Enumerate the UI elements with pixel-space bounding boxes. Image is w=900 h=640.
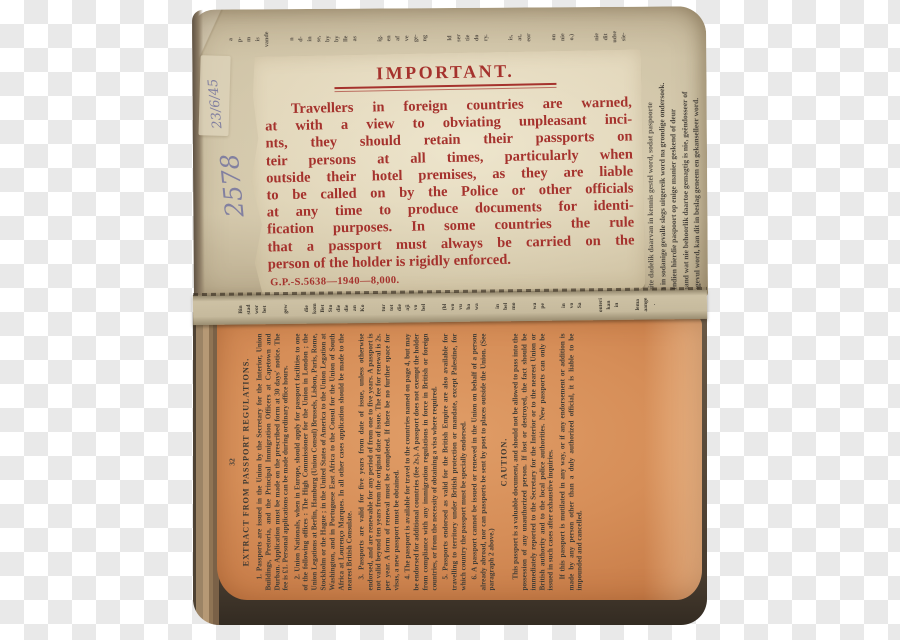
fragment-word: aange [642,293,650,317]
fragment-word: die [396,296,404,320]
fragment-word: is, [506,22,515,54]
fragment-word: tie [463,22,472,54]
fragment-word: by [332,23,341,55]
fragment-cluster: ap-misvande [226,23,271,57]
fragment-word: aji [404,295,412,319]
fragment-word: ig. [375,22,384,54]
fragment-cluster: turtotdieajivobel [380,295,428,322]
printer-imprint: G.P.-S.5638—1940—8,000. [270,270,645,288]
fragment-word: ve [402,22,411,54]
passport-open-page-top: ap-misvandend-inse,bybylleasig.enafvege-… [192,6,708,302]
afrikaans-margin-text: riteite dadelik daarvan in kennis gestel… [644,14,704,299]
fragment-word: sie- [619,21,628,53]
fragment-word: kan [605,293,613,317]
fragment-cluster: is,at,eor [506,21,533,55]
fragment-cluster: invoSa [560,293,584,319]
fragment-word: on [549,21,558,53]
fragment-word: by [323,23,332,55]
regulation-paragraph: 4. The passport is available for travel … [404,334,439,591]
fragment-cluster: (blwovubawa [441,295,481,321]
regulation-paragraph: 2. Union Nationals, when in Europe, shou… [293,334,355,591]
fragment-word: wor [253,297,261,321]
fragment-word: vu [457,295,465,319]
fragment-word: in [494,294,502,318]
fragment-word: Sa [576,293,584,317]
strip-text-fragments: BinstadworbetgewdiekomBetStodiedieanKotu… [237,292,658,323]
binding-edge [192,10,205,302]
caution-paragraph: This passport is a valuable document, an… [512,334,556,591]
fragment-word: nie [592,21,601,53]
fragment-cluster: onnieo.) [549,21,576,55]
fragment-cluster: ldsertiedory. [445,22,490,56]
fragment-word: p- [235,23,244,55]
fragment-word: nie [558,21,567,53]
fragment-word: gew [282,297,290,321]
fragment-word: wo [449,295,457,319]
fragment-cluster: wape [531,294,547,320]
page-edge-strip: BinstadworbetgewdiekomBetStodiedieanKotu… [193,289,707,325]
fragment-word: ser [454,22,463,54]
caution-heading: CAUTION. [500,334,509,591]
fragment-word: o.) [567,21,576,53]
afrikaans-line: riteite dadelik daarvan in kennis gestel… [644,14,657,299]
fragment-word: se, [314,23,323,55]
fragment-word: d- [296,23,305,55]
passport-photo: ap-misvandend-inse,bybylleasig.enafvege-… [193,8,707,625]
page-number: 32 [228,334,237,591]
notice-body: Travellers in foreign countries are warn… [250,94,645,274]
fragment-word: in [305,23,314,55]
fragment-word: dit [601,21,610,53]
fragment-word: lle [341,23,350,55]
fragment-word: ry. [481,22,490,54]
fragment-word: mo [510,294,518,318]
handwritten-number-text: 2578 [215,152,250,218]
fragment-word: Bin [237,298,245,322]
fragment-word: Bet [319,297,327,321]
fragment-cluster: nd-inse,bybylleas [287,23,359,58]
fragment-word: bet [261,297,269,321]
regulations-paragraphs: 1. Passports are issued in the Union by … [256,334,497,591]
fragment-word: n [287,23,296,55]
transparent-canvas: ap-misvandend-inse,bybylleasig.enafvege-… [0,0,900,640]
fragment-word: af [393,22,402,54]
fragment-word: bel [420,295,428,319]
fragment-cluster: Binstadworbet [237,297,269,323]
fragment-word: bel [502,294,510,318]
handwritten-date-text: 23/6/45 [206,78,226,129]
fragment-cluster: ig.enafvege-ng [375,22,429,56]
fragment-word: is [253,23,262,55]
fragment-word: wa [531,294,539,318]
afrikaans-line: aangevul word, kan dit in beslag geneem … [690,14,703,299]
fragment-word: a [226,23,235,55]
important-notice-slip: IMPORTANT. Travellers in foreign countri… [249,49,646,296]
caution-paragraph: If this passport is mutilated in any way… [558,334,584,591]
fragment-word: wa [473,295,481,319]
rotated-page-content: 32 EXTRACT FROM PASSPORT REGULATIONS. 1.… [228,334,648,591]
fragment-word: do [472,22,481,54]
fragment-cluster: lemaaange. [634,292,658,318]
fragment-word: ge- [411,22,420,54]
fragment-word: vo [412,295,420,319]
caution-paragraphs: This passport is a valuable document, an… [512,334,585,591]
fragment-word: eor [524,21,533,53]
fragment-word: ba [465,295,473,319]
fragment-word: vande [262,23,271,55]
fragment-word: Ko [359,296,367,320]
fragment-word: ld [445,22,454,54]
fragment-word: kom [311,297,319,321]
regulation-paragraph: 5. Passports endorsed as valid for the B… [441,334,467,591]
fragment-word: udse [610,21,619,53]
regulations-page: 32 EXTRACT FROM PASSPORT REGULATIONS. 1.… [217,315,702,600]
notice-heading: IMPORTANT. [249,58,641,87]
fragment-word: . [650,292,658,316]
fragment-word: at, [515,21,524,53]
regulations-title: EXTRACT FROM PASSPORT REGULATIONS. [242,334,251,591]
regulation-paragraph: 3. Passports are valid for five years fr… [357,334,401,591]
fragment-word: in [613,293,621,317]
fragment-word: pe [539,294,547,318]
fragment-cluster: gew [282,297,290,323]
handwritten-number: 2578 [215,137,250,233]
regulation-paragraph: 1. Passports are issued in the Union by … [256,334,291,591]
fragment-cluster: diekomBetStodiedieanKo [303,296,367,323]
fragment-cluster: outerikanin [597,293,621,319]
fragment-word: as [350,23,359,55]
fragment-word: (bl [441,295,449,319]
fragment-word: lema [634,293,642,317]
fragment-word: en [384,22,393,54]
regulation-paragraph: 6. A passport cannot be issued or renewe… [470,334,496,591]
fragment-word: m [244,23,253,55]
fragment-word: die [303,297,311,321]
fragment-cluster: inbelmo [494,294,518,320]
book-bottom-block: 32 EXTRACT FROM PASSPORT REGULATIONS. 1.… [193,308,707,625]
fragment-word: stad [245,297,253,321]
fragment-word: ng [420,22,429,54]
stacked-page-edges [193,308,219,625]
handwritten-date: 23/6/45 [202,62,229,146]
